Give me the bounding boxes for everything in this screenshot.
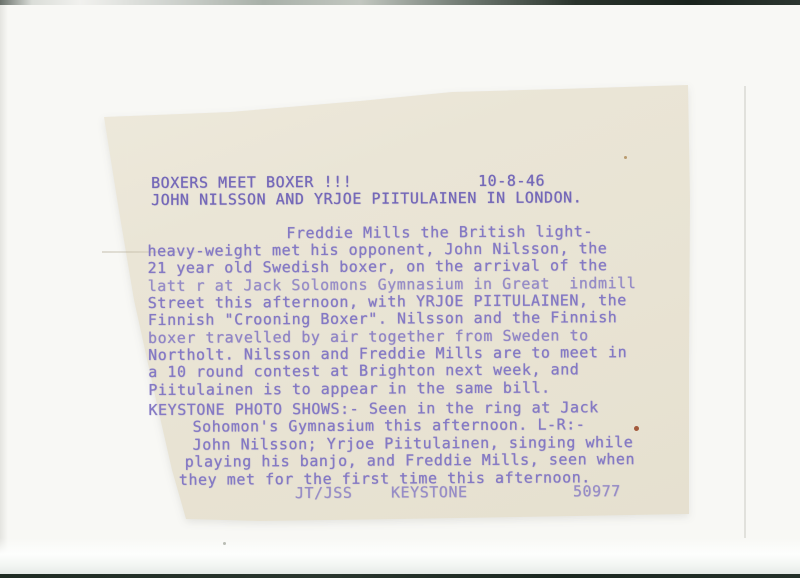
paper-speck <box>624 156 627 159</box>
caption-subtitle: JOHN NILSSON AND YRJOE PIITULAINEN IN LO… <box>147 189 727 210</box>
body-line: Piitulainen is to appear in the same bil… <box>148 378 728 399</box>
caption-body-paragraph: Freddie Mills the British light- heavy-w… <box>147 222 728 399</box>
photo-caption-scan: BOXERS MEET BOXER !!!10-8-46 JOHN NILSSO… <box>0 0 800 578</box>
reference-number: 50977 <box>573 483 621 501</box>
caption-footer: JT/JSSKEYSTONE50977 <box>149 482 729 503</box>
footer-line: JT/JSSKEYSTONE50977 <box>149 482 729 503</box>
caption-date: 10-8-46 <box>478 173 545 191</box>
caption-header: BOXERS MEET BOXER !!!10-8-46 JOHN NILSSO… <box>147 171 727 209</box>
typewritten-caption: BOXERS MEET BOXER !!!10-8-46 JOHN NILSSO… <box>147 171 729 503</box>
agency-name: KEYSTONE <box>391 484 468 502</box>
caption-title: BOXERS MEET BOXER !!! <box>151 173 352 192</box>
paper-speck <box>223 542 226 545</box>
photo-description-paragraph: KEYSTONE PHOTO SHOWS:- Seen in the ring … <box>148 399 729 489</box>
photographer-initials: JT/JSS <box>295 485 353 503</box>
